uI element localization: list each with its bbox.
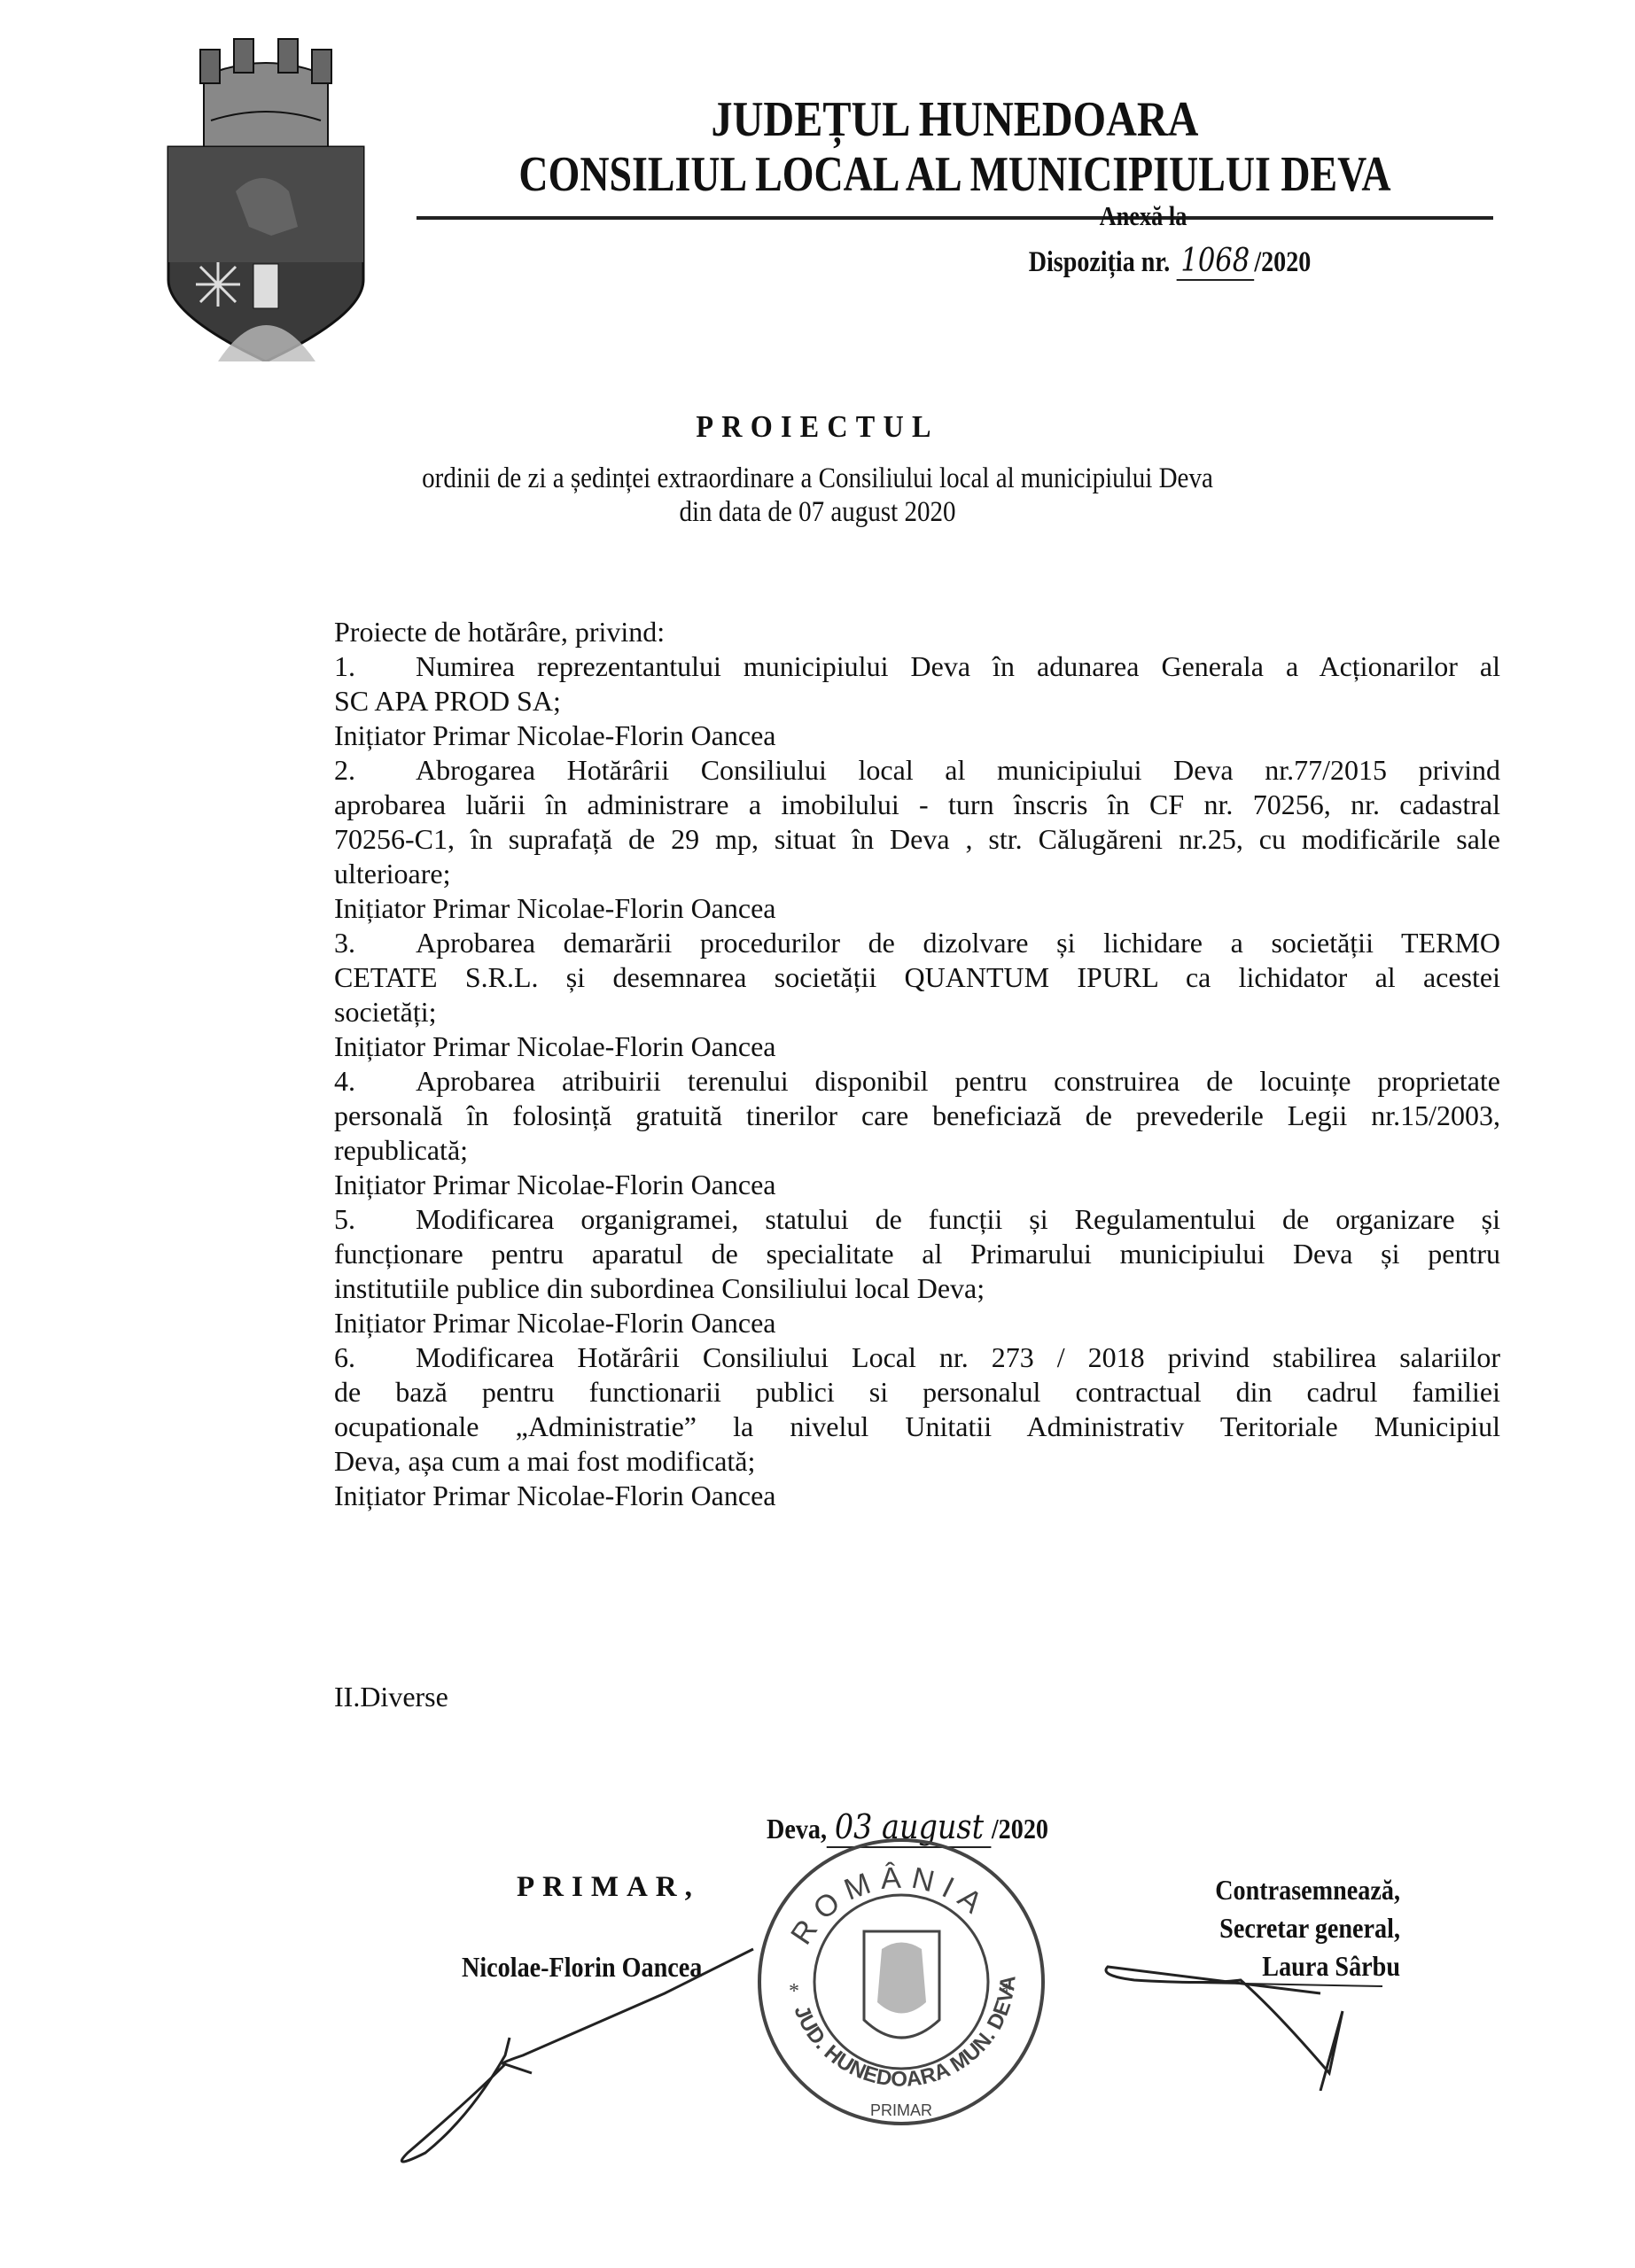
svg-text:*: * <box>1001 1980 1012 2003</box>
agenda-item-text: Modificarea organigramei, statului de fu… <box>416 1203 1500 1235</box>
agenda-item-continuation: CETATE S.R.L. și desemnarea societății Q… <box>334 960 1500 995</box>
agenda-item-initiator: Inițiator Primar Nicolae-Florin Oancea <box>334 718 1500 753</box>
agenda-item-number: 5. <box>334 1202 416 1237</box>
disposition-number: Dispoziția nr. 1068/2020 <box>997 243 1343 279</box>
agenda-item-continuation: personală în folosință gratuită tinerilo… <box>334 1099 1500 1133</box>
agenda-item-continuation: ocupationale „Administratie” la nivelul … <box>334 1410 1500 1444</box>
agenda-item-continuation: aprobarea luării în administrare a imobi… <box>334 788 1500 822</box>
agenda-item-continuation: ulterioare; <box>334 857 1500 891</box>
agenda-item-continuation: de bază pentru functionarii publici si p… <box>334 1375 1500 1410</box>
countersign-label: Contrasemnează, <box>1143 1871 1400 1909</box>
agenda-intro: Proiecte de hotărâre, privind: <box>334 615 1500 649</box>
agenda-item-number: 6. <box>334 1340 416 1375</box>
agenda-item-initiator: Inițiator Primar Nicolae-Florin Oancea <box>334 1306 1500 1340</box>
agenda-item-initiator: Inițiator Primar Nicolae-Florin Oancea <box>334 1029 1500 1064</box>
agenda-item: 6.Modificarea Hotărârii Consiliului Loca… <box>334 1340 1500 1375</box>
agenda-item: 2.Abrogarea Hotărârii Consiliului local … <box>334 753 1500 788</box>
mayor-title: PRIMAR, <box>517 1871 700 1904</box>
document-title: PROIECTUL <box>66 409 1569 445</box>
agenda-item: 5.Modificarea organigramei, statului de … <box>334 1202 1500 1237</box>
agenda-item: 1.Numirea reprezentantului municipiului … <box>334 649 1500 684</box>
council-heading: CONSILIUL LOCAL AL MUNICIPIULUI DEVA <box>492 147 1419 202</box>
agenda-item-text: Aprobarea atribuirii terenului disponibi… <box>416 1065 1500 1097</box>
agenda-item-initiator: Inițiator Primar Nicolae-Florin Oancea <box>334 891 1500 926</box>
agenda-item-number: 3. <box>334 926 416 960</box>
document-subtitle: ordinii de zi a ședinței extraordinare a… <box>98 462 1538 495</box>
disposition-prefix: Dispoziția nr. <box>1029 246 1170 278</box>
agenda-item-continuation: republicată; <box>334 1133 1500 1168</box>
agenda-item-number: 1. <box>334 649 416 684</box>
secretary-signature-icon <box>1099 1940 1391 2091</box>
agenda-item-continuation: Deva, așa cum a mai fost modificată; <box>334 1444 1500 1479</box>
agenda-item-text: Numirea reprezentantului municipiului De… <box>416 650 1500 682</box>
agenda-item-continuation: 70256-C1, în suprafață de 29 mp, situat … <box>334 822 1500 857</box>
svg-text:PRIMAR: PRIMAR <box>870 2101 932 2119</box>
agenda-item-text: Aprobarea demarării procedurilor de dizo… <box>416 927 1500 959</box>
agenda-item-number: 4. <box>334 1064 416 1099</box>
agenda-item-continuation: societăți; <box>334 995 1500 1029</box>
annex-label: Anexă la <box>1046 200 1242 232</box>
meeting-date: din data de 07 august 2020 <box>98 496 1538 529</box>
county-heading: JUDEȚUL HUNEDOARA <box>492 92 1418 147</box>
agenda-item-initiator: Inițiator Primar Nicolae-Florin Oancea <box>334 1479 1500 1513</box>
deva-coat-of-arms-icon <box>165 14 367 361</box>
agenda-body: Proiecte de hotărâre, privind: 1.Numirea… <box>334 615 1500 1513</box>
mayor-signature-icon <box>399 1931 860 2171</box>
agenda-item-text: Modificarea Hotărârii Consiliului Local … <box>416 1341 1500 1373</box>
agenda-item-text: Abrogarea Hotărârii Consiliului local al… <box>416 754 1500 786</box>
header-rule <box>417 216 1493 220</box>
agenda-item-continuation: funcționare pentru aparatul de specialit… <box>334 1237 1500 1271</box>
agenda-item-initiator: Inițiator Primar Nicolae-Florin Oancea <box>334 1168 1500 1202</box>
agenda-item: 4.Aprobarea atribuirii terenului disponi… <box>334 1064 1500 1099</box>
disposition-handwritten-number: 1068 <box>1176 243 1254 281</box>
misc-section: II.Diverse <box>334 1681 448 1713</box>
agenda-item-continuation: SC APA PROD SA; <box>334 684 1500 718</box>
agenda-item-continuation: institutiile publice din subordinea Cons… <box>334 1271 1500 1306</box>
agenda-item-number: 2. <box>334 753 416 788</box>
agenda-item: 3.Aprobarea demarării procedurilor de di… <box>334 926 1500 960</box>
disposition-year: /2020 <box>1254 246 1311 278</box>
agenda-items: 1.Numirea reprezentantului municipiului … <box>334 649 1500 1513</box>
